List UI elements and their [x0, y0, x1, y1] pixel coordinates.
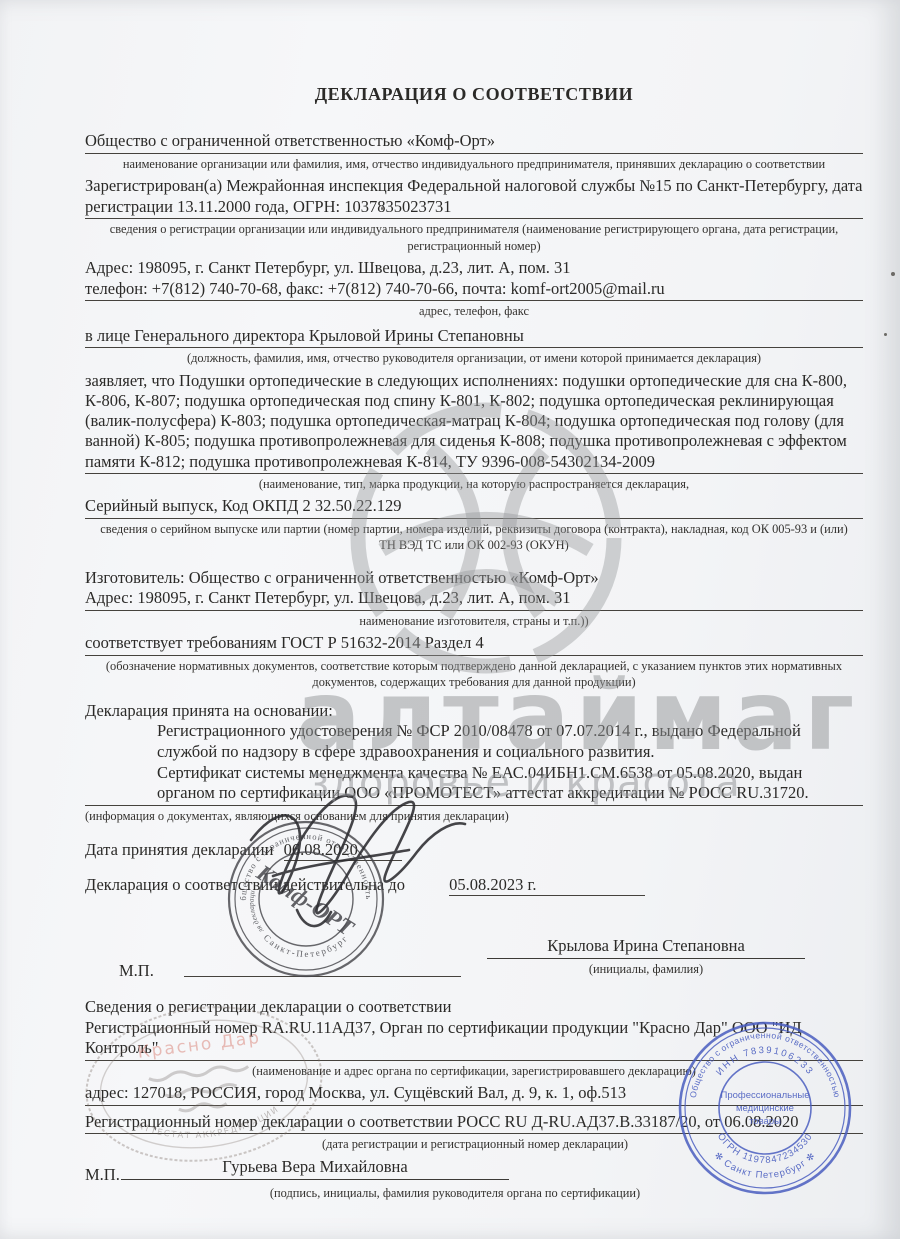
declarant-address: Адрес: 198095, г. Санкт Петербург, ул. Ш…	[85, 258, 863, 279]
signatory-name: Крылова Ирина Степановна	[487, 936, 805, 959]
basis-item-1: Регистрационного удостоверения № ФСР 201…	[157, 721, 863, 762]
valid-until-label: Декларация о соответствии действительна …	[85, 875, 405, 894]
scanned-document: ДЕКЛАРАЦИЯ О СООТВЕТСТВИИ Общество с огр…	[0, 0, 900, 1239]
valid-until-line: Декларация о соответствии действительна …	[85, 875, 863, 896]
product-statement-caption: (наименование, тип, марка продукции, на …	[85, 476, 863, 492]
declarant-name-caption: наименование организации или фамилия, им…	[104, 156, 844, 172]
representative-caption: (должность, фамилия, имя, отчество руков…	[85, 350, 863, 366]
product-statement: заявляет, что Подушки ортопедические в с…	[85, 371, 863, 474]
scan-speck	[891, 272, 895, 276]
basis-item-2: Сертификат системы менеджмента качества …	[157, 763, 863, 804]
compliance-requirements: соответствует требованиям ГОСТ Р 51632-2…	[85, 633, 863, 656]
representative-line: в лице Генерального директора Крыловой И…	[85, 326, 863, 349]
declarant-name: Общество с ограниченной ответственностью…	[85, 131, 863, 154]
document-body: ДЕКЛАРАЦИЯ О СООТВЕТСТВИИ Общество с огр…	[85, 0, 863, 1217]
signature-line	[184, 958, 461, 977]
adoption-date-line: Дата принятия декларации 06.08.2020	[85, 840, 863, 861]
basis-heading: Декларация принята на основании:	[85, 701, 863, 722]
serial-line: Серийный выпуск, Код ОКПД 2 32.50.22.129	[85, 496, 863, 519]
basis-caption: (информация о документах, являющихся осн…	[85, 808, 863, 824]
registration-number-line: Регистрационный номер RA.RU.11АД37, Орга…	[85, 1018, 863, 1061]
bottom-signature-area: М.П. Гурьева Вера Михайловна (подпись, и…	[85, 1157, 863, 1217]
certification-body-address: адрес: 127018, РОССИЯ, город Москва, ул.…	[85, 1083, 863, 1106]
serial-caption: сведения о серийном выпуске или партии (…	[97, 521, 852, 554]
registration-body-caption: (наименование и адрес органа по сертифик…	[85, 1063, 863, 1079]
signature-row: М.П. Крылова Ирина Степановна (инициалы,…	[85, 936, 863, 981]
compliance-caption: (обозначение нормативных документов, соо…	[94, 658, 854, 691]
stamp-place-label: М.П.	[119, 961, 154, 981]
declarant-contacts: телефон: +7(812) 740-70-68, факс: +7(812…	[85, 279, 863, 302]
declaration-number-line: Регистрационный номер декларации о соотв…	[85, 1112, 863, 1135]
manufacturer-address: Адрес: 198095, г. Санкт Петербург, ул. Ш…	[85, 588, 863, 611]
declarant-contacts-caption: адрес, телефон, факс	[85, 303, 863, 319]
certification-head-caption: (подпись, инициалы, фамилия руководителя…	[215, 1185, 695, 1201]
signatory-caption: (инициалы, фамилия)	[487, 961, 805, 977]
declarant-registration-caption: сведения о регистрации организации или и…	[102, 221, 847, 254]
basis-items: Регистрационного удостоверения № ФСР 201…	[85, 721, 863, 806]
manufacturer-name: Изготовитель: Общество с ограниченной от…	[85, 568, 863, 589]
signatory-block: Крылова Ирина Степановна (инициалы, фами…	[487, 936, 805, 981]
bottom-stamp-place-label: М.П.	[85, 1165, 120, 1185]
adoption-date-value: 06.08.2020	[284, 840, 402, 861]
scan-speck	[884, 333, 887, 336]
adoption-date-label: Дата принятия декларации	[85, 840, 273, 859]
valid-until-value: 05.08.2023 г.	[449, 875, 644, 896]
certification-head-name-block: Гурьева Вера Михайловна	[121, 1157, 509, 1181]
document-title: ДЕКЛАРАЦИЯ О СООТВЕТСТВИИ	[85, 84, 863, 105]
registration-info-heading: Сведения о регистрации декларации о соот…	[85, 997, 863, 1018]
declaration-number-caption: (дата регистрации и регистрационный номе…	[195, 1136, 755, 1152]
certification-head-name: Гурьева Вера Михайловна	[222, 1157, 407, 1176]
declarant-registration: Зарегистрирован(а) Межрайонная инспекция…	[85, 176, 863, 219]
manufacturer-caption: наименование изготовителя, страны и т.п.…	[85, 613, 863, 629]
